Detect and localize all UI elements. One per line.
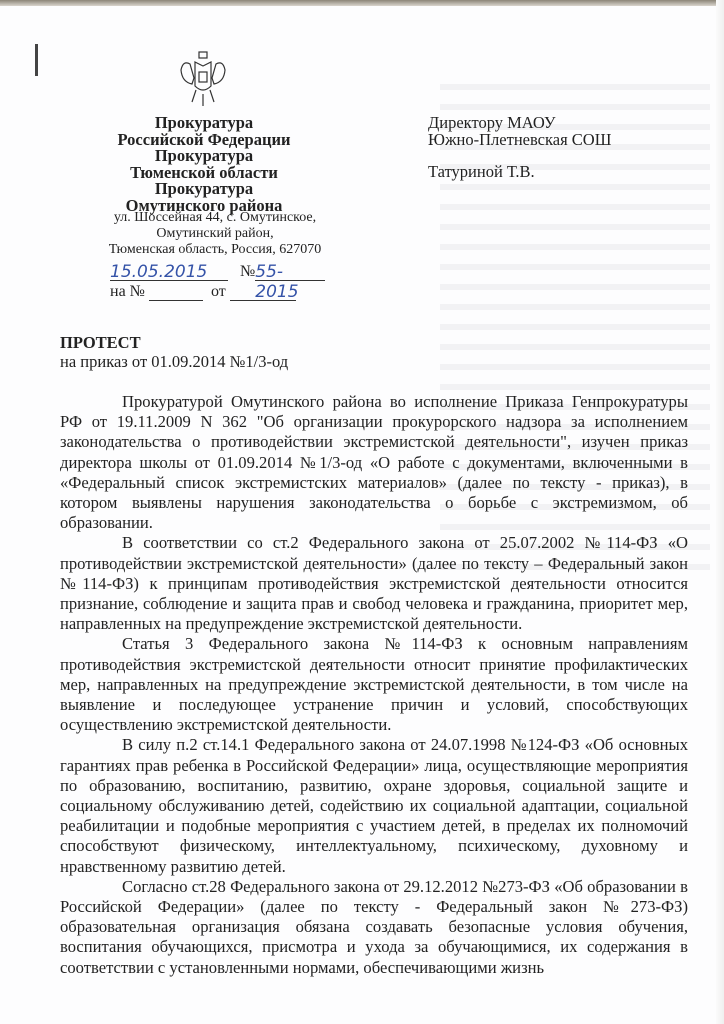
- document-body: Прокуратурой Омутинского района во испол…: [60, 392, 688, 978]
- from-label: от: [211, 283, 226, 300]
- scan-right-edge: [716, 0, 724, 1024]
- handwritten-date: 15.05.2015: [110, 262, 207, 282]
- date-field: 15.05.2015: [110, 262, 228, 281]
- paragraph: В силу п.2 ст.14.1 Федерального закона о…: [60, 735, 688, 876]
- address-line: Омутинский район,: [100, 226, 330, 242]
- issuer-address: ул. Шоссейная 44, с. Омутинское, Омутинс…: [100, 210, 330, 258]
- issuer-block: Прокуратура Российской Федерации Прокура…: [104, 115, 304, 214]
- russian-coat-of-arms-icon: [178, 50, 228, 108]
- document-subtitle: на приказ от 01.09.2014 №1/3-од: [60, 352, 288, 372]
- recipient-block: Директору МАОУ Южно-Плетневская СОШ Тату…: [428, 115, 611, 181]
- document-title: ПРОТЕСТ: [60, 333, 141, 353]
- in-reply-date-blank: [230, 286, 296, 301]
- scan-top-edge: [0, 0, 724, 6]
- paragraph: Статья 3 Федерального закона №114-ФЗ к о…: [60, 634, 688, 735]
- number-field: 55-2015: [255, 262, 325, 281]
- number-label: №: [240, 263, 255, 280]
- in-reply-number-blank: [149, 286, 203, 301]
- paragraph: Согласно ст.28 Федерального закона от 29…: [60, 877, 688, 978]
- outgoing-reference: 15.05.2015 № 55-2015: [110, 262, 325, 281]
- paragraph: В соответствии со ст.2 Федерального зако…: [60, 533, 688, 634]
- recipient-organization: Южно-Плетневская СОШ: [428, 132, 611, 149]
- incoming-reference: на № от: [110, 283, 296, 301]
- address-line: Тюменская область, Россия, 627070: [100, 242, 330, 258]
- paragraph: Прокуратурой Омутинского района во испол…: [60, 392, 688, 533]
- in-reply-label: на №: [110, 283, 145, 300]
- address-line: ул. Шоссейная 44, с. Омутинское,: [100, 210, 330, 226]
- scan-margin-mark: [35, 44, 38, 76]
- recipient-name: Татуриной Т.В.: [428, 164, 611, 181]
